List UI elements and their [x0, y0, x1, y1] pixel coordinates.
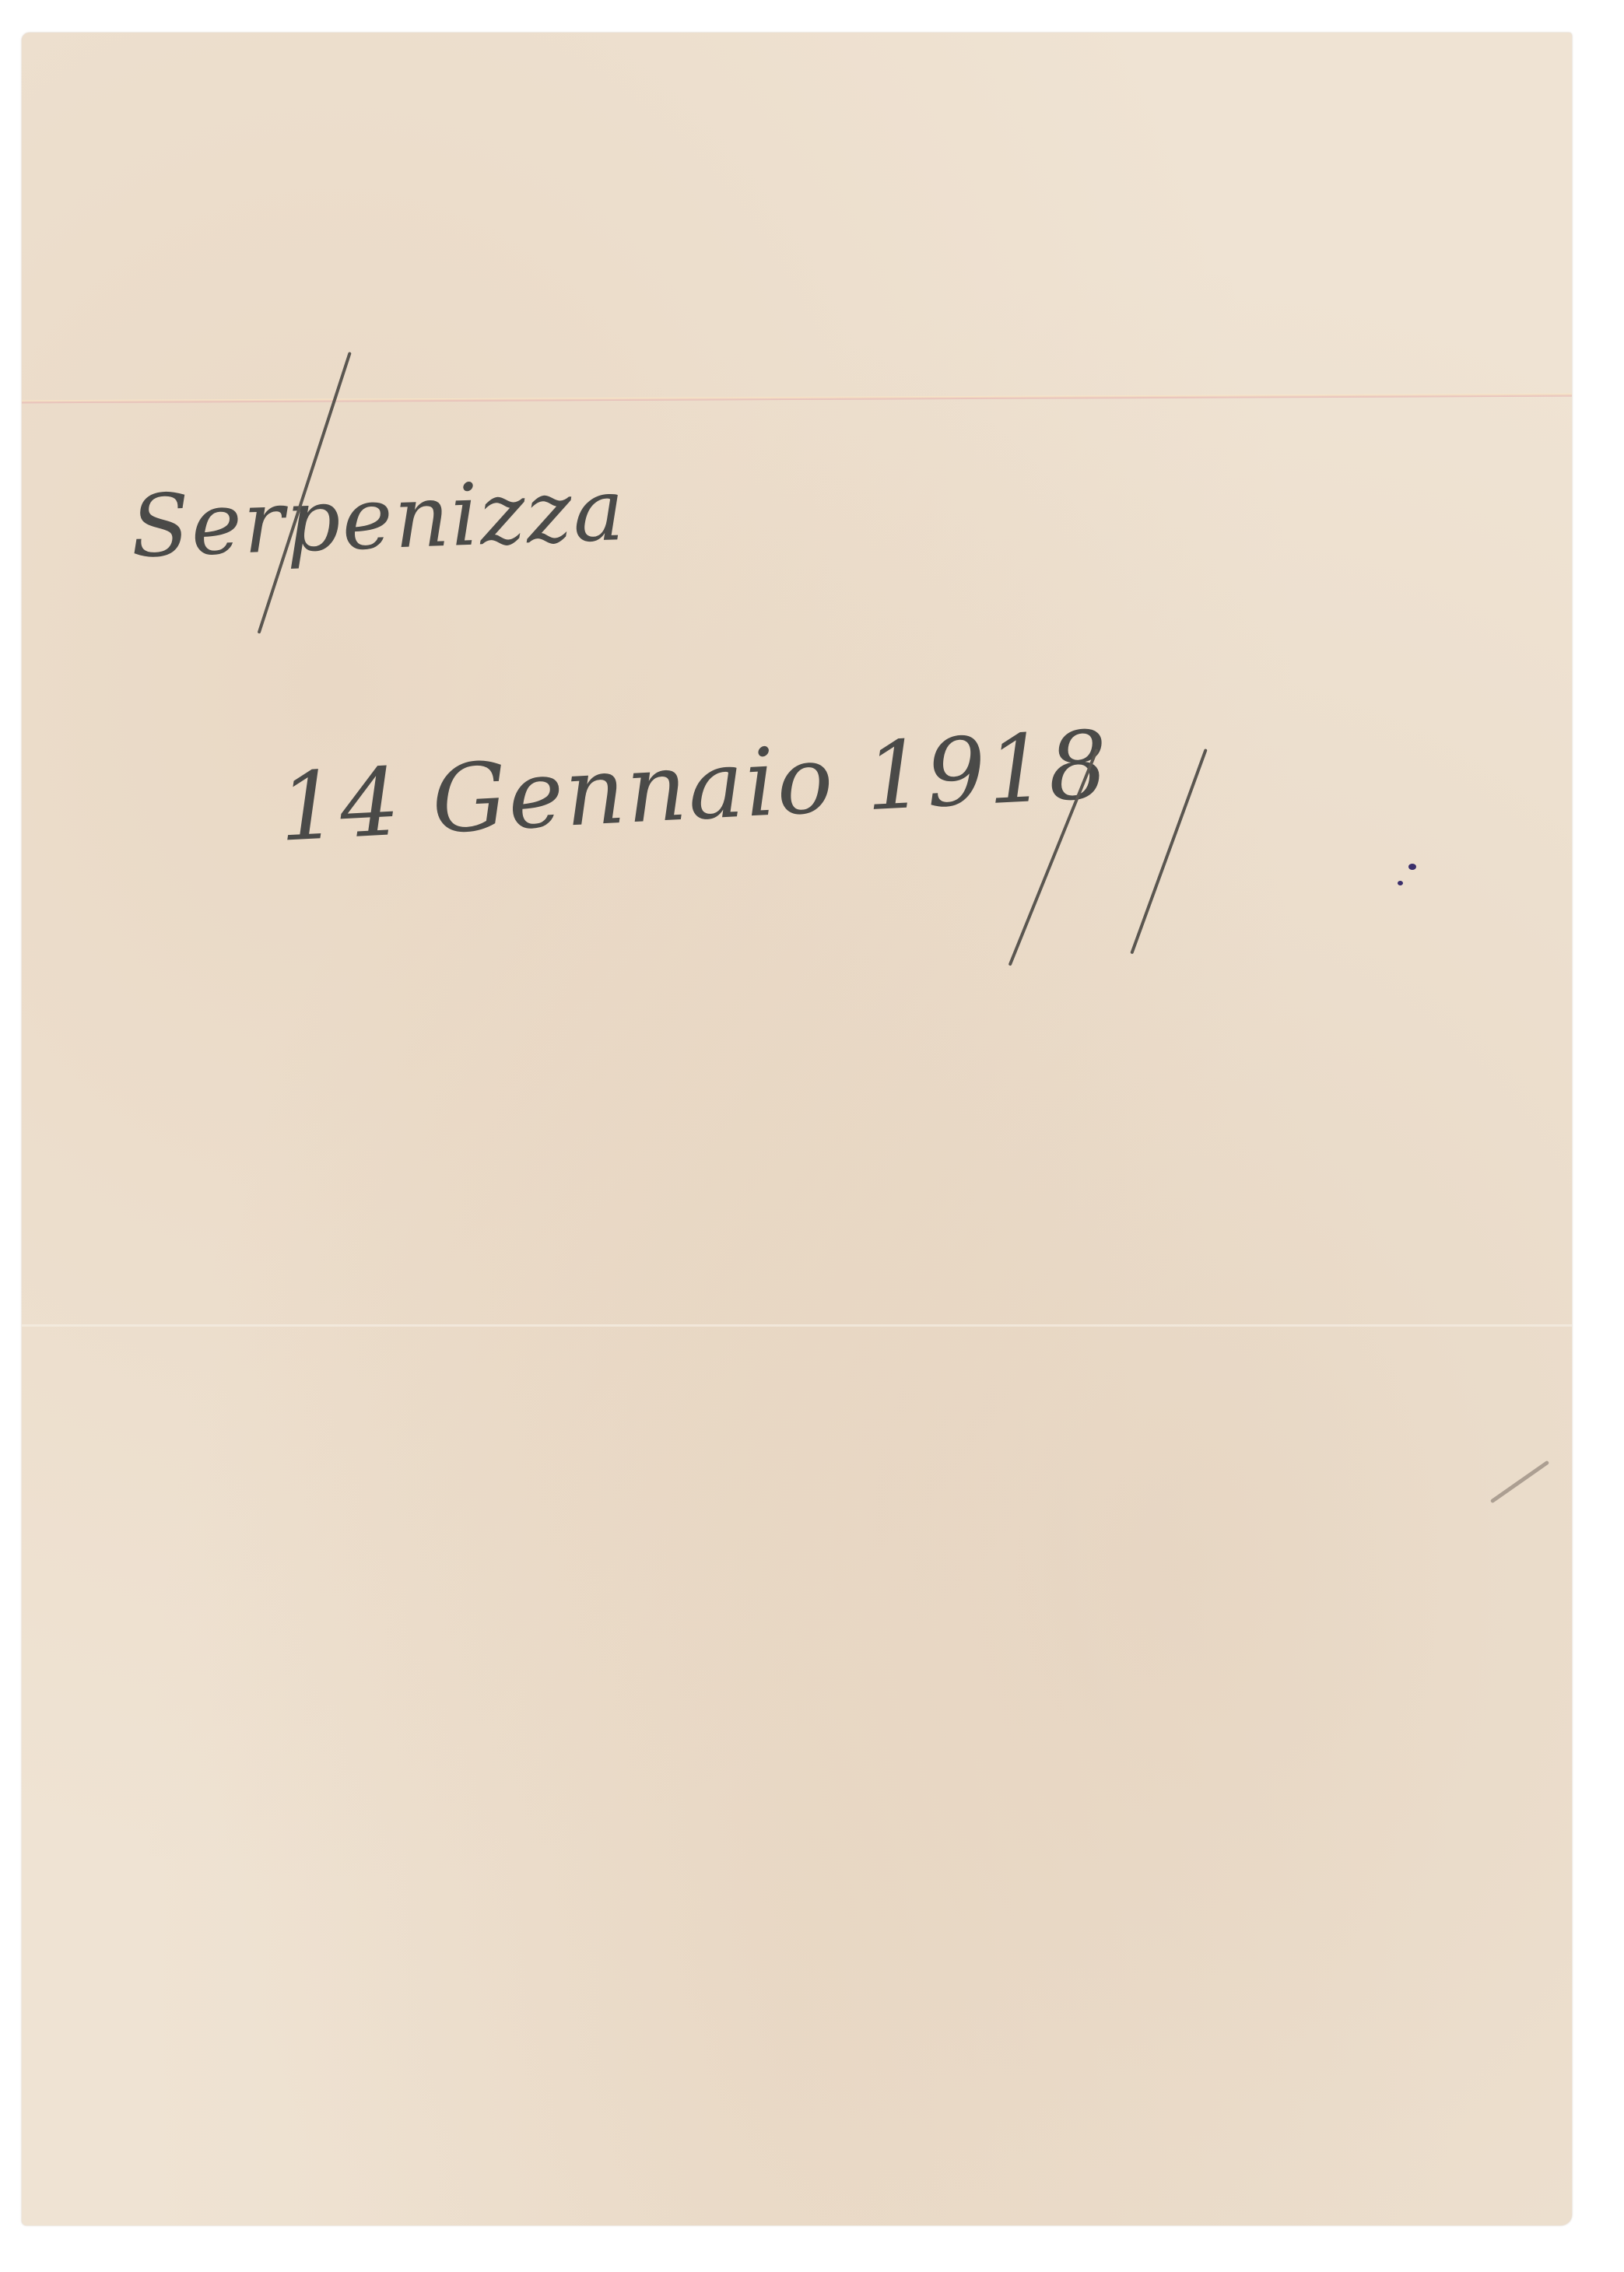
ruled-line	[22, 394, 1572, 404]
handwritten-place-name: Serpenizza	[129, 460, 627, 577]
fold-line	[22, 1324, 1572, 1327]
ink-spot	[1398, 881, 1403, 885]
handwritten-date: 14 Gennaio 1918	[276, 711, 1112, 863]
descender-stroke	[1130, 749, 1208, 954]
paper-sheet: Serpenizza 14 Gennaio 1918	[22, 33, 1572, 2225]
pencil-mark	[1490, 1460, 1550, 1504]
ink-spot	[1408, 864, 1416, 870]
